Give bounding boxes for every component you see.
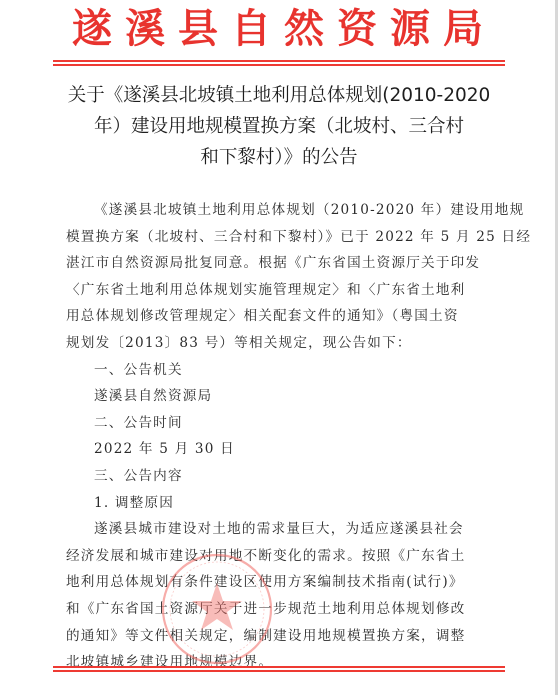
section-heading: 一、公告机关 <box>66 357 486 384</box>
body-line: 湛江市自然资源局批复同意。根据《广东省国土资源厅关于印发 <box>66 250 486 277</box>
section-content: 1. 调整原因 <box>66 490 486 517</box>
document-title: 关于《遂溪县北坡镇土地利用总体规划(2010-2020 年）建设用地规模置换方案… <box>0 80 558 173</box>
reason-line: 经济发展和城市建设对用地不断变化的需求。按照《广东省土 <box>66 543 486 570</box>
section-heading: 二、公告时间 <box>66 410 486 437</box>
body-line: 模置换方案（北坡村、三合村和下黎村）》已于 2022 年 5 月 25 日经 <box>66 224 486 251</box>
section-content: 2022 年 5 月 30 日 <box>66 436 486 463</box>
reason-line: 的通知》等文件相关规定，编制建设用地规模置换方案，调整 <box>66 623 486 650</box>
title-line: 年）建设用地规模置换方案（北坡村、三合村 <box>0 111 558 142</box>
body-line: 〈广东省土地利用总体规划实施管理规定〉和〈广东省土地利 <box>66 277 486 304</box>
reason-line: 地利用总体规划有条件建设区使用方案编制技术指南(试行)》 <box>66 569 486 596</box>
masthead-double-rule <box>53 60 505 66</box>
reason-line: 北坡镇城乡建设用地规模边界。 <box>66 649 486 676</box>
title-line: 和下黎村）》的公告 <box>0 142 558 173</box>
document-body: 《遂溪县北坡镇土地利用总体规划（2010-2020 年）建设用地规 模置换方案（… <box>66 197 486 676</box>
body-line: 规划发〔2013〕83 号）等相关规定，现公告如下： <box>66 330 486 357</box>
footer-double-rule <box>53 666 505 672</box>
body-line: 《遂溪县北坡镇土地利用总体规划（2010-2020 年）建设用地规 <box>66 197 486 224</box>
reason-line: 和《广东省国土资源厅关于进一步规范土地利用总体规划修改 <box>66 596 486 623</box>
title-line: 关于《遂溪县北坡镇土地利用总体规划(2010-2020 <box>0 80 558 111</box>
reason-line: 遂溪县城市建设对土地的需求量巨大，为适应遂溪县社会 <box>66 516 486 543</box>
body-line: 用总体规划修改管理规定〉相关配套文件的通知》（粤国土资 <box>66 303 486 330</box>
section-content: 遂溪县自然资源局 <box>66 383 486 410</box>
masthead-title: 遂溪县自然资源局 <box>0 4 558 54</box>
section-heading: 三、公告内容 <box>66 463 486 490</box>
